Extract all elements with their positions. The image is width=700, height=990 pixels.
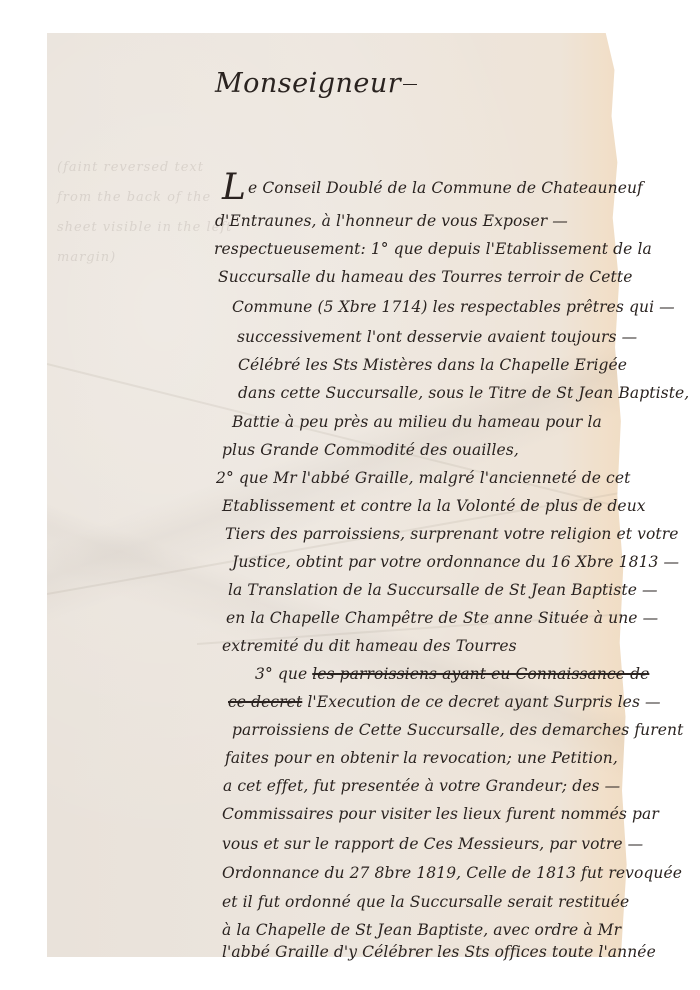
line-text: 3° que bbox=[255, 665, 307, 683]
letter-line: en la Chapelle Champêtre de Ste anne Sit… bbox=[226, 609, 658, 627]
letter-line: Commissaires pour visiter les lieux fure… bbox=[222, 805, 659, 823]
letter-line: Battie à peu près au milieu du hameau po… bbox=[232, 413, 602, 431]
letter-line: à la Chapelle de St Jean Baptiste, avec … bbox=[222, 921, 621, 939]
letter-line: vous et sur le rapport de Ces Messieurs,… bbox=[222, 835, 643, 853]
line-text: l'Execution de ce decret ayant Surpris l… bbox=[307, 693, 660, 711]
letter-line: 2° que Mr l'abbé Graille, malgré l'ancie… bbox=[216, 469, 630, 487]
letter-line: respectueusement: 1° que depuis l'Etabli… bbox=[214, 240, 652, 258]
drop-initial: L bbox=[222, 167, 246, 208]
struck-text: ce decret bbox=[228, 693, 302, 711]
letter-body: Monseigneur Le Conseil Doublé de la Comm… bbox=[0, 0, 700, 990]
letter-line: plus Grande Commodité des ouailles, bbox=[222, 441, 519, 459]
letter-line: parroissiens de Cette Succursalle, des d… bbox=[232, 721, 683, 739]
line-text: e Conseil Doublé de la Commune de Chatea… bbox=[248, 179, 643, 197]
letter-line: la Translation de la Succursalle de St J… bbox=[228, 581, 658, 599]
letter-line: d'Entraunes, à l'honneur de vous Exposer… bbox=[215, 212, 568, 230]
letter-line: a cet effet, fut presentée à votre Grand… bbox=[223, 777, 620, 795]
letter-line: Ordonnance du 27 8bre 1819, Celle de 181… bbox=[222, 864, 682, 882]
letter-line: l'abbé Graille d'y Célébrer les Sts offi… bbox=[222, 943, 656, 961]
letter-line: Célébré les Sts Mistères dans la Chapell… bbox=[238, 356, 627, 374]
letter-line: Justice, obtint par votre ordonnance du … bbox=[232, 553, 679, 571]
letter-line: extremité du dit hameau des Tourres bbox=[222, 637, 517, 655]
letter-line: Etablissement et contre la la Volonté de… bbox=[222, 497, 646, 515]
letter-line: dans cette Succursalle, sous le Titre de… bbox=[238, 384, 689, 402]
letter-line: Tiers des parroissiens, surprenant votre… bbox=[225, 525, 679, 543]
struck-text: les parroissiens ayant eu Connaissance d… bbox=[312, 665, 649, 683]
letter-line: faites pour en obtenir la revocation; un… bbox=[225, 749, 618, 767]
letter-line: Succursalle du hameau des Tourres terroi… bbox=[218, 268, 632, 286]
letter-line: 3° que les parroissiens ayant eu Connais… bbox=[255, 665, 649, 683]
letter-line: Le Conseil Doublé de la Commune de Chate… bbox=[222, 170, 643, 206]
letter-line: successivement l'ont desservie avaient t… bbox=[237, 328, 637, 346]
letter-line: Commune (5 Xbre 1714) les respectables p… bbox=[232, 298, 675, 316]
letter-line: ce decret l'Execution de ce decret ayant… bbox=[228, 693, 661, 711]
salutation: Monseigneur bbox=[215, 68, 417, 99]
letter-line: et il fut ordonné que la Succursalle ser… bbox=[222, 893, 629, 911]
